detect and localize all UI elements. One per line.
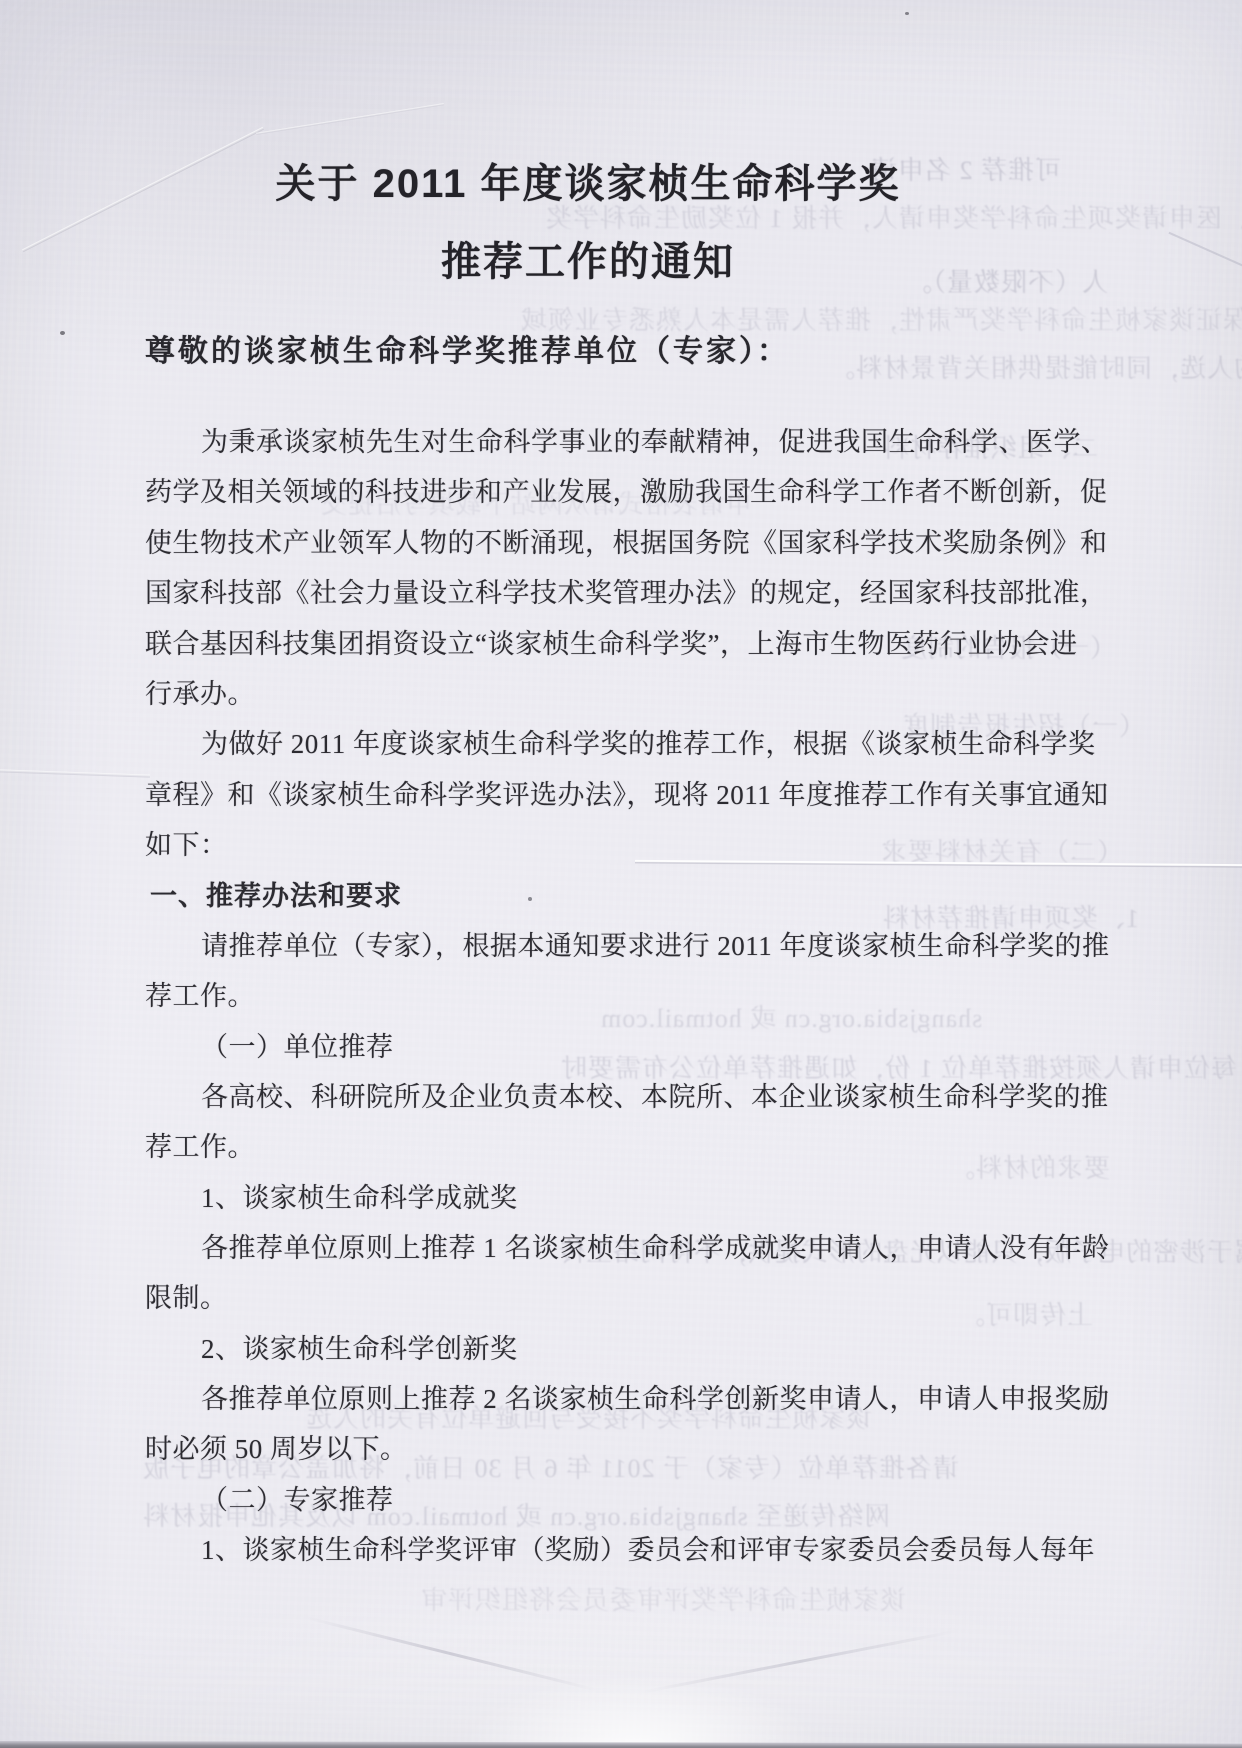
bleedthrough-text: （二）有关材料要求 <box>880 832 1123 869</box>
doc-title-line-2: 推荐工作的通知 <box>0 230 1176 287</box>
bleedthrough-text: 谈家桢生命科学奖评审委员会将组织评审 <box>420 1580 906 1617</box>
paper-speck <box>905 12 909 15</box>
doc-line: 荐工作。 <box>145 1125 255 1164</box>
doc-line: 国家科技部《社会力量设立科学技术奖管理办法》的规定，经国家科技部批准， <box>145 571 1108 610</box>
doc-line: 为秉承谈家桢先生对生命科学事业的奉献精神，促进我国生命科学、医学、 <box>201 420 1109 459</box>
doc-subheading: 1、谈家桢生命科学成就奖 <box>201 1176 518 1215</box>
doc-line: 各推荐单位原则上推荐 1 名谈家桢生命科学成就奖申请人，申请人没有年龄 <box>201 1226 1110 1265</box>
doc-line: 1、谈家桢生命科学奖评审（奖励）委员会和评审专家委员会委员每人每年 <box>201 1528 1095 1567</box>
bleedthrough-text: 上传即可。 <box>958 1295 1093 1332</box>
doc-line: 各推荐单位原则上推荐 2 名谈家桢生命科学创新奖申请人，申请人申报奖励 <box>201 1377 1110 1416</box>
doc-subheading: （二）专家推荐 <box>201 1478 394 1517</box>
paper-crease <box>256 103 444 135</box>
doc-line: 药学及相关领域的科技进步和产业发展，激励我国生命科学工作者不断创新，促 <box>145 470 1108 509</box>
bottom-fold-shadow <box>643 1629 958 1693</box>
bottom-fold-shadow <box>304 1616 596 1691</box>
paper-speck <box>528 897 532 901</box>
doc-line: 限制。 <box>145 1276 228 1315</box>
bleedthrough-text: 业内的人选，同时能提供相关背景材料。 <box>828 348 1242 385</box>
doc-line: 使生物技术产业领军人物的不断涌现，根据国务院《国家科学技术奖励条例》和 <box>145 521 1108 560</box>
doc-line: 荐工作。 <box>145 974 255 1013</box>
bottom-fold-highlight <box>430 1618 850 1748</box>
doc-line: 如下： <box>145 823 228 862</box>
doc-section-heading: 一、推荐办法和要求 <box>150 874 402 913</box>
paper-speck <box>60 331 65 335</box>
bleedthrough-text: shangjsbia.org.cn 或 hotmail.com <box>600 998 982 1035</box>
paper-crease <box>1168 232 1242 270</box>
paper-crease <box>635 860 1242 868</box>
doc-line: 时必须 50 周岁以下。 <box>145 1427 408 1466</box>
doc-subheading: （一）单位推荐 <box>201 1025 394 1064</box>
doc-salutation: 尊敬的谈家桢生命科学奖推荐单位（专家）： <box>145 326 790 370</box>
doc-line: 联合基因科技集团捐资设立“谈家桢生命科学奖”，上海市生物医药行业协会进 <box>145 622 1077 661</box>
scan-bottom-edge <box>0 1741 1242 1748</box>
doc-title-line-1: 关于 2011 年度谈家桢生命科学奖 <box>0 152 1176 209</box>
doc-subheading: 2、谈家桢生命科学创新奖 <box>201 1327 518 1366</box>
bleedthrough-text: 要求的材料。 <box>948 1148 1110 1185</box>
doc-line: 章程》和《谈家桢生命科学奖评选办法》，现将 2011 年度推荐工作有关事宜通知 <box>145 773 1109 812</box>
paper-crease <box>0 769 150 777</box>
doc-line: 请推荐单位（专家），根据本通知要求进行 2011 年度谈家桢生命科学奖的推 <box>201 924 1110 963</box>
doc-line: 各高校、科研院所及企业负责本校、本院所、本企业谈家桢生命科学奖的推 <box>201 1075 1109 1114</box>
doc-line: 为做好 2011 年度谈家桢生命科学奖的推荐工作，根据《谈家桢生命科学奖 <box>201 722 1096 761</box>
scanned-document-page: 可推荐 2 名申请 2、医申请奖项生命科学奖申请人，并报 1 位奖励生命科学奖 … <box>0 0 1242 1748</box>
doc-line: 行承办。 <box>145 672 255 711</box>
